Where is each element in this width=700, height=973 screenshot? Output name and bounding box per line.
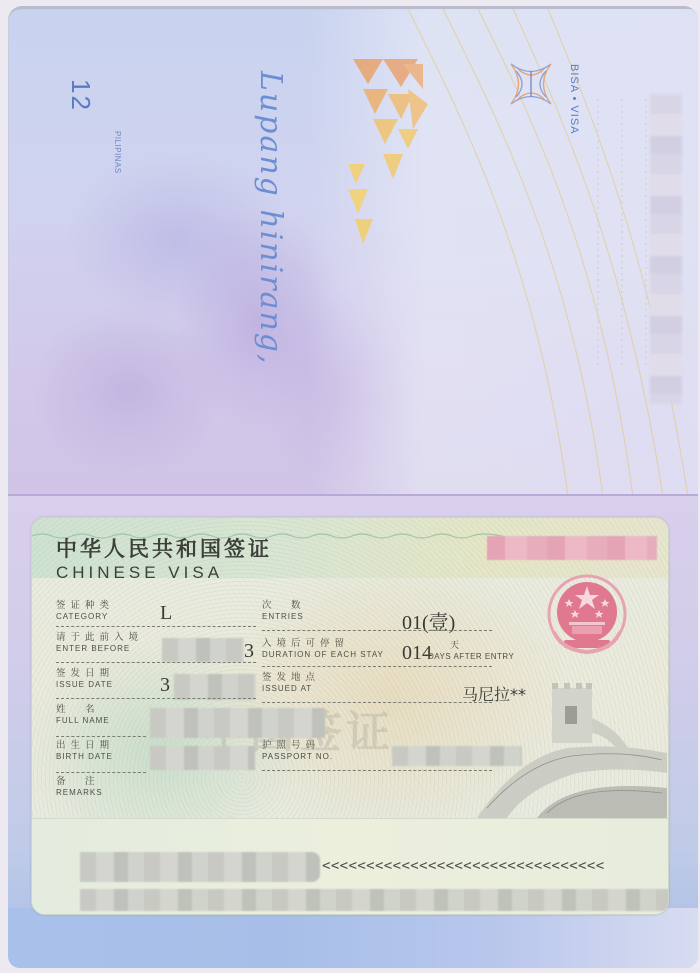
divider bbox=[262, 702, 492, 703]
divider bbox=[56, 698, 256, 699]
page-lower-band bbox=[8, 908, 698, 968]
page-number: 12 bbox=[65, 79, 96, 112]
visa-title-english: CHINESE VISA bbox=[56, 563, 223, 583]
redacted-full-name bbox=[150, 708, 325, 738]
enter-before-label: 请于此前入境 ENTER BEFORE bbox=[56, 632, 143, 654]
enter-before-suffix: 3 bbox=[244, 640, 254, 663]
divider bbox=[262, 666, 492, 667]
duration-label: 入境后可停留 DURATION OF EACH STAY bbox=[262, 638, 384, 660]
birth-date-label: 出生日期 BIRTH DATE bbox=[56, 740, 114, 762]
category-label: 签证种类 CATEGORY bbox=[56, 600, 114, 622]
passport-page-top: 12 PILIPINAS Lupang hinirang, bbox=[8, 6, 698, 494]
divider bbox=[56, 736, 146, 737]
category-value: L bbox=[160, 602, 172, 625]
visa-title-chinese: 中华人民共和国签证 bbox=[56, 533, 272, 563]
redacted-mrz-line2 bbox=[80, 889, 669, 911]
redacted-passport-number bbox=[392, 746, 522, 766]
mrz-line1-fillers: <<<<<<<<<<<<<<<<<<<<<<<<<<<<<<<< bbox=[322, 858, 605, 874]
country-label: PILIPINAS bbox=[113, 131, 122, 174]
issued-at-label: 签发地点 ISSUED AT bbox=[262, 672, 320, 694]
duration-unit-cn: 天 bbox=[450, 638, 460, 651]
anthem-script-text: Lupang hinirang, bbox=[253, 71, 288, 366]
redacted-birth-date bbox=[150, 746, 255, 770]
visa-security-mark-icon bbox=[506, 59, 556, 109]
redacted-issue-date bbox=[174, 674, 256, 700]
divider bbox=[262, 770, 492, 771]
issue-date-prefix: 3 bbox=[160, 674, 170, 697]
divider bbox=[56, 772, 146, 773]
divider bbox=[262, 630, 492, 631]
duration-unit-en: DAYS AFTER ENTRY bbox=[428, 652, 514, 661]
national-emblem-icon bbox=[542, 572, 632, 662]
redacted-enter-before bbox=[162, 638, 244, 662]
entries-label: 次 数 ENTRIES bbox=[262, 600, 306, 622]
redacted-stamp-number bbox=[650, 94, 682, 404]
page-number-block: 12 PILIPINAS bbox=[38, 69, 98, 139]
redacted-visa-number bbox=[487, 536, 657, 560]
full-name-label: 姓 名 FULL NAME bbox=[56, 704, 110, 726]
issue-date-label: 签发日期 ISSUE DATE bbox=[56, 668, 114, 690]
triangle-pattern-icon bbox=[343, 59, 443, 259]
chinese-visa-sticker: 中华人民共和国签证 CHINESE VISA 中国签证 签 bbox=[31, 517, 669, 915]
divider bbox=[56, 662, 256, 663]
remarks-label: 备 注 REMARKS bbox=[56, 776, 103, 798]
redacted-mrz-line1 bbox=[80, 852, 320, 882]
bisa-visa-label: BISA • VISA bbox=[568, 64, 580, 135]
passport-no-label: 护照号码 PASSPORT NO. bbox=[262, 740, 333, 762]
divider bbox=[56, 626, 256, 627]
